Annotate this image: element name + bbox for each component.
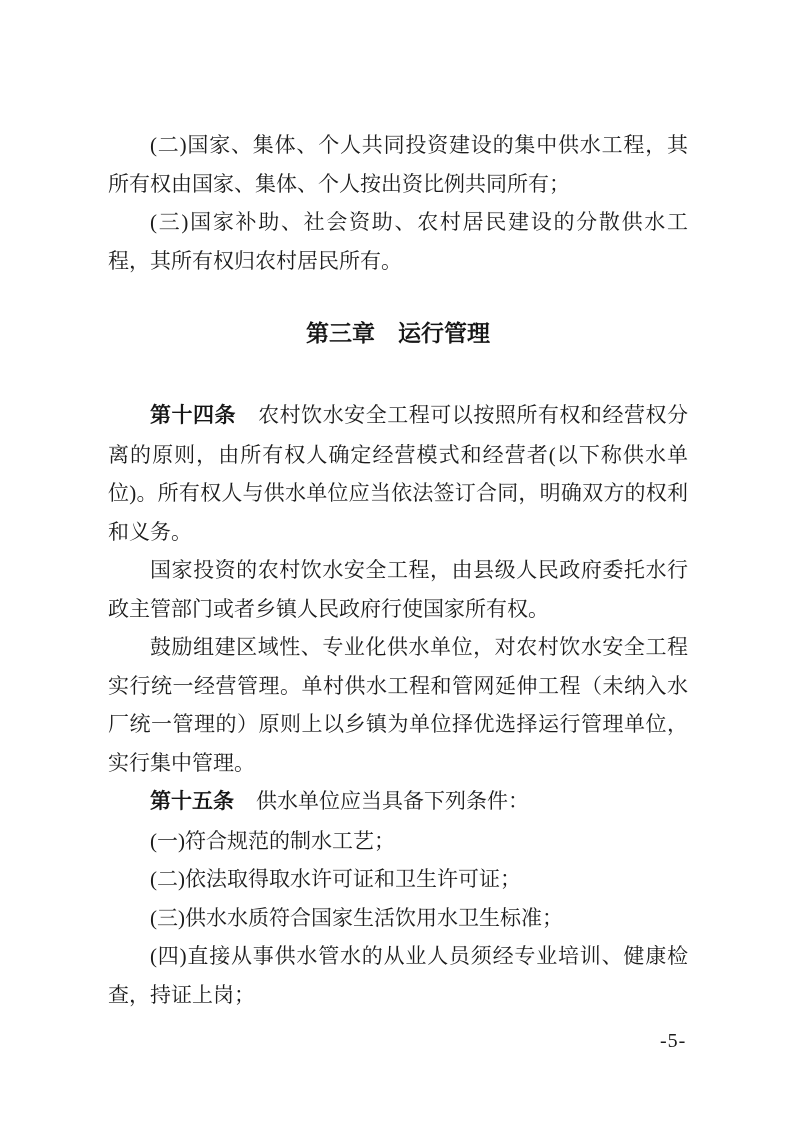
list-item-paragraph: (一)符合规范的制水工艺； bbox=[108, 822, 688, 861]
list-item-paragraph: (四)直接从事供水管水的从业人员须经专业培训、健康检查，持证上岗； bbox=[108, 937, 688, 1014]
article-number: 第十四条 bbox=[150, 404, 236, 427]
article-text: 供水单位应当具备下列条件： bbox=[256, 789, 529, 813]
list-item-paragraph: (二)依法取得取水许可证和卫生许可证； bbox=[108, 860, 688, 899]
body-paragraph: 鼓励组建区域性、专业化供水单位，对农村饮水安全工程实行统一经营管理。单村供水工程… bbox=[108, 628, 688, 782]
chapter-heading: 第三章 运行管理 bbox=[108, 313, 688, 353]
document-body: (二)国家、集体、个人共同投资建设的集中供水工程，其所有权由国家、集体、个人按出… bbox=[108, 126, 688, 1014]
article-number: 第十五条 bbox=[150, 790, 234, 813]
page-number: -5- bbox=[660, 1029, 686, 1053]
clause-paragraph: (二)国家、集体、个人共同投资建设的集中供水工程，其所有权由国家、集体、个人按出… bbox=[108, 126, 688, 203]
document-page: (二)国家、集体、个人共同投资建设的集中供水工程，其所有权由国家、集体、个人按出… bbox=[0, 0, 793, 1122]
list-item-paragraph: (三)供水水质符合国家生活饮用水卫生标准； bbox=[108, 899, 688, 938]
body-paragraph: 国家投资的农村饮水安全工程，由县级人民政府委托水行政主管部门或者乡镇人民政府行使… bbox=[108, 551, 688, 628]
article-paragraph: 第十五条供水单位应当具备下列条件： bbox=[108, 782, 688, 822]
clause-paragraph: (三)国家补助、社会资助、农村居民建设的分散供水工程，其所有权归农村居民所有。 bbox=[108, 203, 688, 280]
article-paragraph: 第十四条农村饮水安全工程可以按照所有权和经营权分离的原则，由所有权人确定经营模式… bbox=[108, 396, 688, 551]
